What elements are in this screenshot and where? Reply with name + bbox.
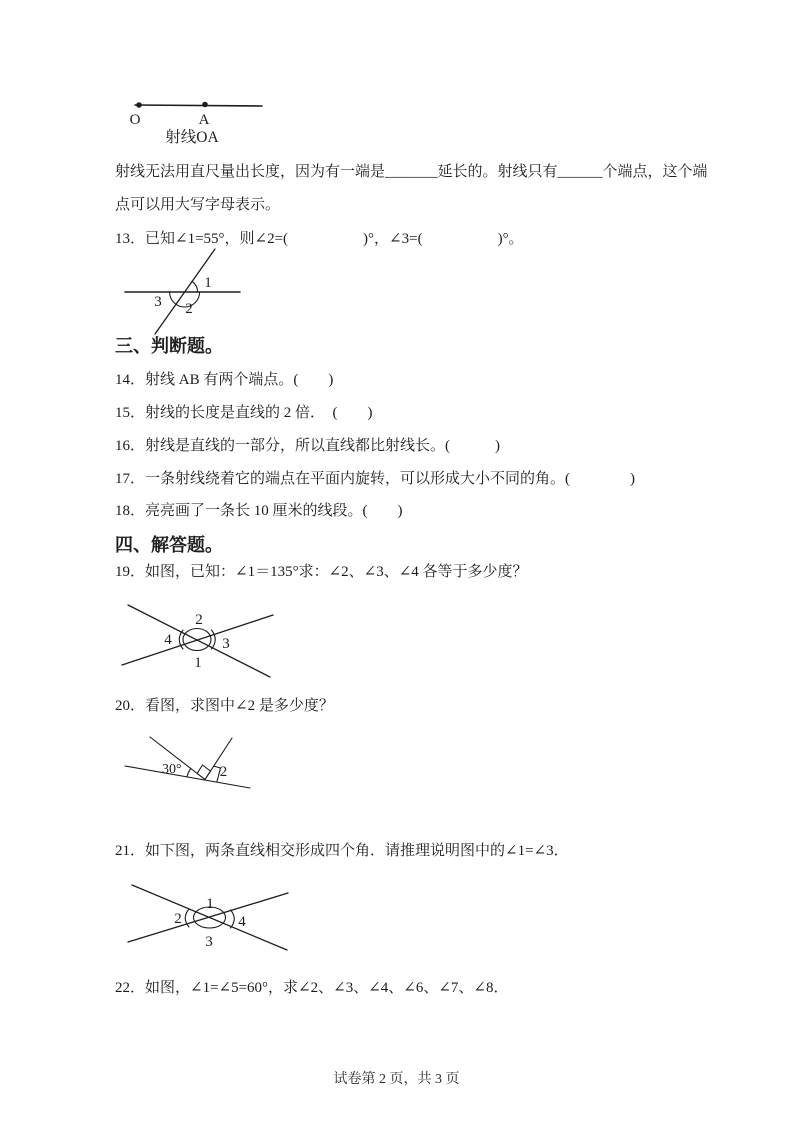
question-17-text: 17．一条射线绕着它的端点在平面内旋转，可以形成大小不同的角。( ) — [115, 470, 635, 489]
question-18-text: 18．亮亮画了一条长 10 厘米的线段。( ) — [115, 502, 403, 521]
angle-2-label: 2 — [185, 301, 193, 317]
angle-1-label: 1 — [194, 655, 202, 671]
angle-1-arc — [192, 282, 197, 293]
angle-1-label: 1 — [204, 275, 212, 291]
ray-caption: 射线OA — [165, 128, 219, 146]
question-22-text: 22．如图，∠1=∠5=60°，求∠2、∠3、∠4、∠6、∠7、∠8． — [115, 979, 508, 998]
question-19-text: 19．如图，已知：∠1＝135°求：∠2、∠3、∠4 各等于多少度？ — [115, 563, 528, 582]
angle-1-label: 1 — [206, 896, 214, 912]
angle-2-label: 2 — [174, 911, 182, 927]
figure-ray-oa: O A 射线OA — [118, 88, 278, 148]
footer-page-number: 试卷第 2 页，共 3 页 — [0, 1068, 793, 1088]
section-4-title: 四、解答题。 — [115, 531, 223, 557]
angle-4-label: 4 — [164, 632, 172, 648]
angle-2-label: 2 — [220, 764, 228, 780]
angle-30-label: 30° — [162, 762, 182, 777]
figure-question-13: 1 3 2 — [115, 245, 255, 340]
angle-3-label: 3 — [154, 294, 162, 310]
section-3-title: 三、判断题。 — [115, 332, 223, 358]
point-a-label: A — [199, 112, 210, 128]
ray-line — [135, 105, 262, 106]
angle-4-label: 4 — [238, 914, 246, 930]
right-angle-mark — [197, 765, 210, 780]
figure-question-20: 30° 2 — [115, 728, 270, 800]
figure-question-19: 2 4 3 1 — [115, 598, 290, 690]
angle-3-label: 3 — [205, 934, 213, 950]
point-o-dot — [136, 102, 142, 108]
question-15-text: 15．射线的长度是直线的 2 倍． ( ) — [115, 404, 373, 423]
question-16-text: 16．射线是直线的一部分，所以直线都比射线长。( ) — [115, 437, 500, 456]
point-o-label: O — [130, 112, 141, 128]
right-angle-arc — [212, 630, 216, 649]
figure-question-21: 1 2 4 3 — [115, 878, 310, 970]
worksheet-page: { "fig_ray": { "point_o": "O", "point_a"… — [0, 0, 793, 1122]
question-14-text: 14．射线 AB 有两个端点。( ) — [115, 371, 333, 390]
right-angle-arc — [231, 910, 235, 928]
angle-2-label: 2 — [195, 612, 203, 628]
base-line — [125, 766, 250, 788]
question-20-text: 20．看图，求图中∠2 是多少度？ — [115, 697, 334, 716]
question-12-line-2: 点可以用大写字母表示。 — [115, 196, 280, 215]
point-a-dot — [202, 102, 208, 108]
question-12-line-1: 射线无法用直尺量出长度，因为有一端是_______延长的。射线只有______个… — [115, 163, 708, 182]
angle-3-label: 3 — [222, 636, 230, 652]
angle-30-arc — [187, 769, 191, 777]
question-21-text: 21．如下图，两条直线相交形成四个角．请推理说明图中的∠1=∠3． — [115, 842, 569, 861]
